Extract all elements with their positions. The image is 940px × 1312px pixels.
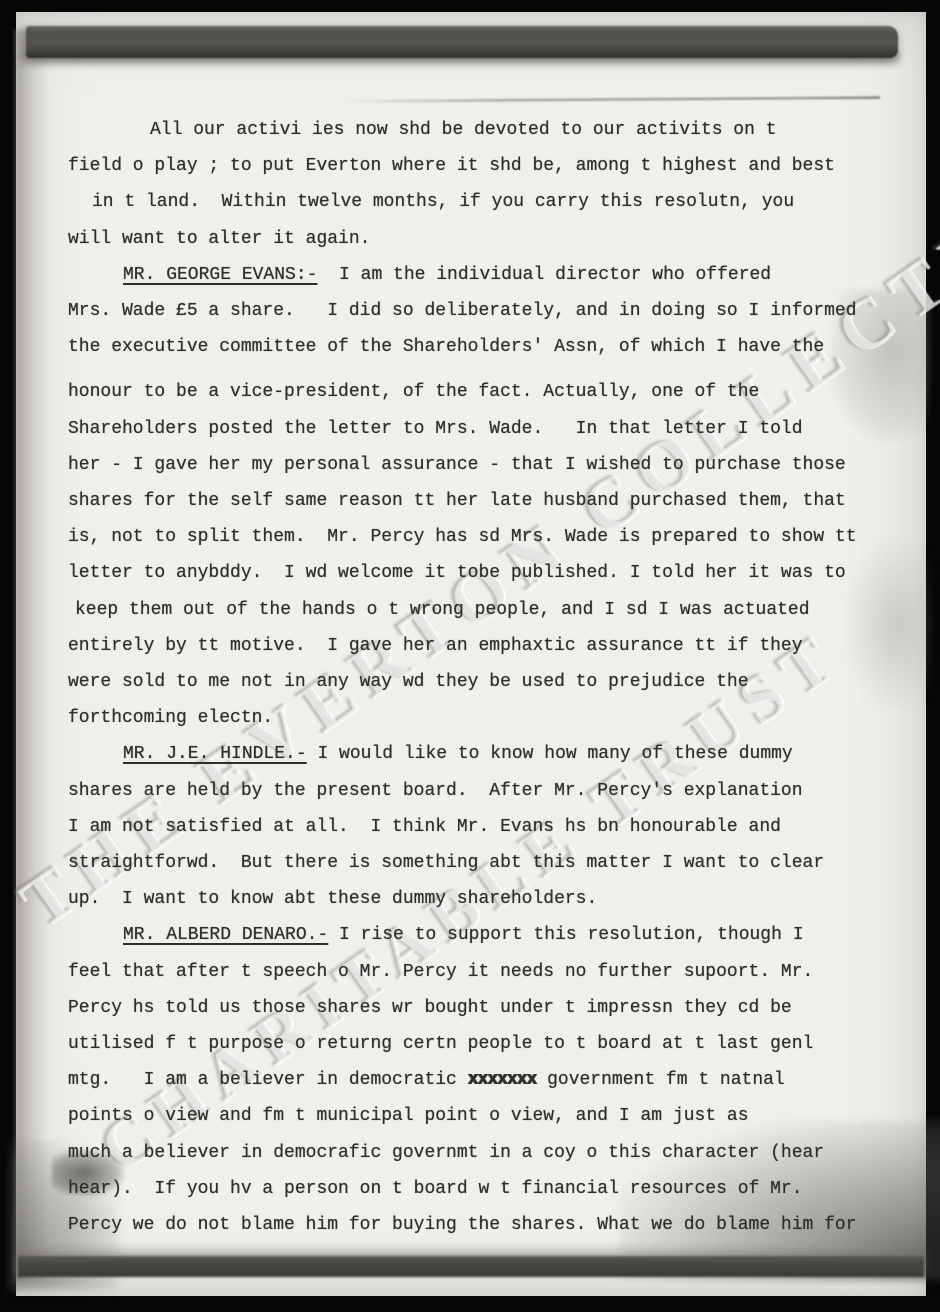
document-line: in t land. Within twelve months, if you … <box>68 184 888 220</box>
line-text: Percy hs told us those shares wr bought … <box>68 998 792 1018</box>
line-text: forthcoming electn. <box>68 708 273 728</box>
document-line: All our activi ies now shd be devoted to… <box>68 112 888 148</box>
line-text: in t land. Within twelve months, if you … <box>92 192 794 212</box>
line-text: letter to anybddy. I wd welcome it tobe … <box>68 563 846 583</box>
line-text: Percy we do not blame him for buying the… <box>68 1215 857 1235</box>
line-text: points o view and fm t municipal point o… <box>68 1106 749 1126</box>
line-text: All our activi ies now shd be devoted to… <box>150 120 777 140</box>
document-line: MR. GEORGE EVANS:- I am the individual d… <box>68 257 888 293</box>
overstrike-text: xxxxxxx <box>468 1070 537 1090</box>
speaker-name: MR. ALBERD DENARO.- <box>123 925 328 945</box>
line-text: the executive committee of the Sharehold… <box>68 337 824 357</box>
line-text: shares are held by the present board. Af… <box>68 781 803 801</box>
document-line: field o play ; to put Everton where it s… <box>68 148 888 184</box>
line-text: up. I want to know abt these dummy share… <box>68 889 597 909</box>
document-line: mtg. I am a believer in democratic xxxxx… <box>68 1062 888 1098</box>
typewritten-text: All our activi ies now shd be devoted to… <box>68 112 888 1243</box>
line-text: her - I gave her my personal assurance -… <box>68 455 846 475</box>
line-text: Mrs. Wade £5 a share. I did so deliberat… <box>68 301 857 321</box>
document-line: utilised f t purpose o returng certn peo… <box>68 1026 888 1062</box>
line-text: field o play ; to put Everton where it s… <box>68 156 835 176</box>
line-text: Shareholders posted the letter to Mrs. W… <box>68 419 803 439</box>
document-line: honour to be a vice-president, of the fa… <box>68 374 888 410</box>
line-text: I would like to know how many of these d… <box>307 744 793 764</box>
document-line: up. I want to know abt these dummy share… <box>68 881 888 917</box>
document-line: hear). If you hv a person on t board w t… <box>68 1171 888 1207</box>
document-line: keep them out of the hands o t wrong peo… <box>68 592 888 628</box>
line-text: shares for the self same reason tt her l… <box>68 491 846 511</box>
document-line: letter to anybddy. I wd welcome it tobe … <box>68 555 888 591</box>
line-text: is, not to split them. Mr. Percy has sd … <box>68 527 857 547</box>
document-line: will want to alter it again. <box>68 221 888 257</box>
line-text: keep them out of the hands o t wrong peo… <box>75 600 810 620</box>
document-line: much a believer in democrafic governmt i… <box>68 1135 888 1171</box>
line-text: hear). If you hv a person on t board w t… <box>68 1179 803 1199</box>
line-text: honour to be a vice-president, of the fa… <box>68 382 759 402</box>
document-line: Shareholders posted the letter to Mrs. W… <box>68 411 888 447</box>
line-text: straightforwd. But there is something ab… <box>68 853 824 873</box>
document-line: MR. J.E. HINDLE.- I would like to know h… <box>68 736 888 772</box>
document-line: the executive committee of the Sharehold… <box>68 329 888 365</box>
line-text: feel that after t speech o Mr. Percy it … <box>68 962 813 982</box>
document-line: Percy hs told us those shares wr bought … <box>68 990 888 1026</box>
document-line: Percy we do not blame him for buying the… <box>68 1207 888 1243</box>
document-line: Mrs. Wade £5 a share. I did so deliberat… <box>68 293 888 329</box>
line-text: entirely by tt motive. I gave her an emp… <box>68 636 803 656</box>
line-text: much a believer in democrafic governmt i… <box>68 1143 824 1163</box>
document-line: straightforwd. But there is something ab… <box>68 845 888 881</box>
speaker-name: MR. J.E. HINDLE.- <box>123 744 307 764</box>
line-text: I am not satisfied at all. I think Mr. E… <box>68 817 781 837</box>
document-line: I am not satisfied at all. I think Mr. E… <box>68 809 888 845</box>
line-text: will want to alter it again. <box>68 229 370 249</box>
document-line: feel that after t speech o Mr. Percy it … <box>68 954 888 990</box>
document-line: MR. ALBERD DENARO.- I rise to support th… <box>68 917 888 953</box>
document-line: shares for the self same reason tt her l… <box>68 483 888 519</box>
document-line: entirely by tt motive. I gave her an emp… <box>68 628 888 664</box>
line-text: I am the individual director who offered <box>317 265 771 285</box>
document-line: shares are held by the present board. Af… <box>68 773 888 809</box>
speaker-name: MR. GEORGE EVANS:- <box>123 265 317 285</box>
line-text: mtg. I am a believer in democratic <box>68 1070 468 1090</box>
scanned-document: THE EVERTON COLLECTION CHARITABLE TRUST … <box>0 0 940 1312</box>
line-text: utilised f t purpose o returng certn peo… <box>68 1034 813 1054</box>
line-text: government fm t natnal <box>536 1070 784 1090</box>
line-text: I rise to support this resolution, thoug… <box>328 925 803 945</box>
document-line: were sold to me not in any way wd they b… <box>68 664 888 700</box>
document-line: her - I gave her my personal assurance -… <box>68 447 888 483</box>
document-line: is, not to split them. Mr. Percy has sd … <box>68 519 888 555</box>
document-line: forthcoming electn. <box>68 700 888 736</box>
line-text: were sold to me not in any way wd they b… <box>68 672 749 692</box>
document-line: points o view and fm t municipal point o… <box>68 1098 888 1134</box>
